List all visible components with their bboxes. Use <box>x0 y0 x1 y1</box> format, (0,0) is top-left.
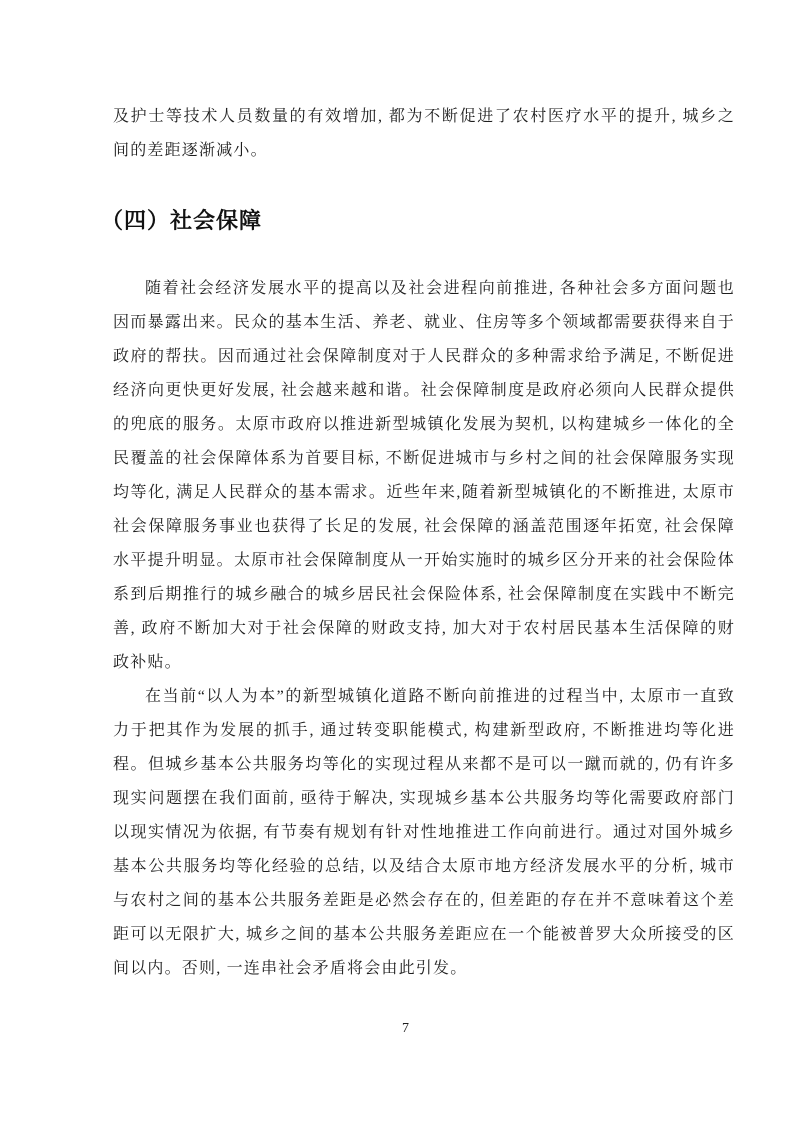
continued-paragraph: 及护士等技术人员数量的有效增加, 都为不断促进了农村医疗水平的提升, 城乡之间的… <box>113 100 735 168</box>
page-number: 7 <box>402 1022 409 1036</box>
paragraph-people-oriented-urbanization: 在当前“以人为本”的新型城镇化道路不断向前推进的过程当中, 太原市一直致力于把其… <box>113 680 735 986</box>
paragraph-social-security-overview: 随着社会经济发展水平的提高以及社会进程向前推进, 各种社会多方面问题也因而暴露出… <box>113 272 735 680</box>
page-content: 及护士等技术人员数量的有效增加, 都为不断促进了农村医疗水平的提升, 城乡之间的… <box>113 0 735 986</box>
section-heading: （四）社会保障 <box>101 206 735 236</box>
document-page: 及护士等技术人员数量的有效增加, 都为不断促进了农村医疗水平的提升, 城乡之间的… <box>0 0 793 1122</box>
